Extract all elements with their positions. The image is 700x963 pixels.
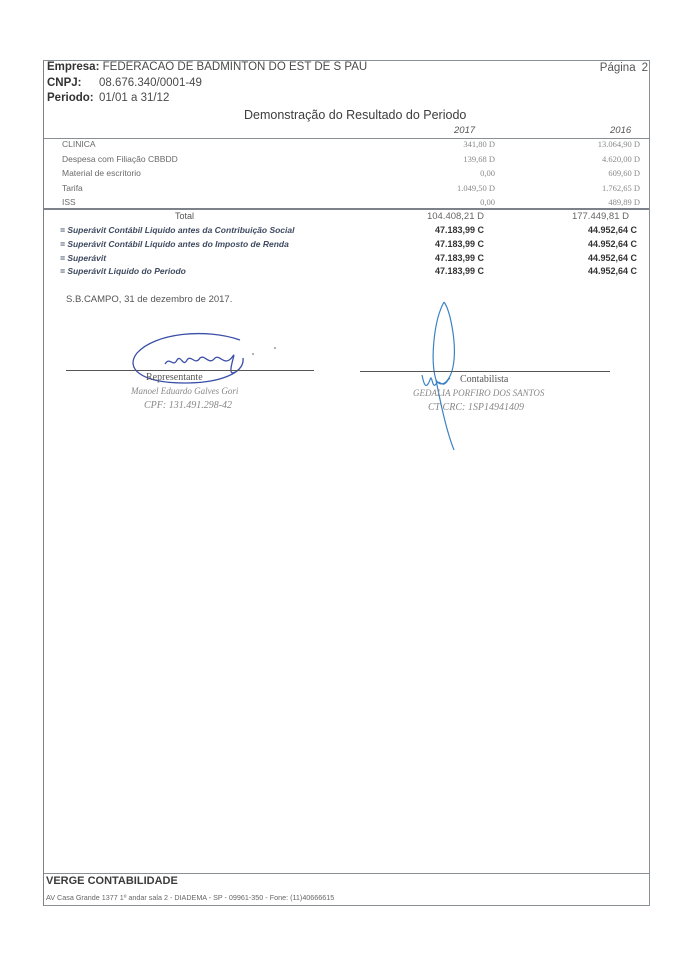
summary-value-2016: 44.952,64 C (588, 225, 637, 235)
summary-value-2016: 44.952,64 C (588, 266, 637, 276)
summary-value-2017: 47.183,99 C (435, 266, 484, 276)
total-2016: 177.449,81 D (572, 211, 629, 222)
table-row: CLINICA341,80 D13.064,90 D (62, 139, 648, 153)
place-date: S.B.CAMPO, 31 de dezembro de 2017. (66, 294, 232, 305)
empresa-label: Empresa: (47, 61, 99, 73)
header-empresa: Empresa: FEDERACAO DE BADMINTON DO EST D… (47, 61, 367, 73)
total-label: Total (175, 211, 194, 221)
empresa-value: FEDERACAO DE BADMINTON DO EST DE S PAU (103, 61, 368, 73)
row-value-2016: 13.064,90 D (598, 139, 640, 149)
summary-label: = Superávit Contábil Liquido antes do Im… (60, 239, 289, 249)
footer-divider (44, 873, 649, 874)
summary-value-2017: 47.183,99 C (435, 239, 484, 249)
report-title: Demonstração do Resultado do Periodo (244, 108, 466, 122)
cnpj-value: 08.676.340/0001-49 (99, 77, 202, 89)
summary-value-2016: 44.952,64 C (588, 253, 637, 263)
signature-left-doc: CPF: 131.491.298-42 (144, 400, 232, 411)
pagina-value: 2 (642, 62, 648, 74)
summary-label: = Superávit Liquido do Periodo (60, 266, 186, 276)
signature-right-doc: CT CRC: 1SP14941409 (428, 402, 524, 413)
row-label: ISS (62, 197, 76, 207)
page-number: Página2 (600, 62, 648, 74)
cnpj-label: CNPJ: (47, 77, 97, 89)
table-row: Material de escritorio0,00609,60 D (62, 168, 648, 182)
signature-right-role: Contabilista (460, 374, 508, 385)
row-value-2017: 139,68 D (463, 154, 495, 164)
row-value-2017: 1.049,50 D (457, 183, 495, 193)
table-row: Tarifa1.049,50 D1.762,65 D (62, 183, 648, 197)
row-value-2016: 609,60 D (608, 168, 640, 178)
divider (44, 208, 649, 210)
row-value-2017: 0,00 (480, 197, 495, 207)
row-value-2017: 341,80 D (463, 139, 495, 149)
footer-address: AV Casa Grande 1377 1º andar sala 2 - DI… (46, 893, 334, 902)
periodo-label: Periodo: (47, 92, 97, 104)
signature-right-name: GEDALIA PORFIRO DOS SANTOS (413, 388, 544, 398)
periodo-value: 01/01 a 31/12 (99, 92, 169, 104)
summary-label: = Superávit Contábil Liquido antes da Co… (60, 225, 295, 235)
footer-company: VERGE CONTABILIDADE (46, 875, 178, 887)
summary-value-2016: 44.952,64 C (588, 239, 637, 249)
signature-left-name: Manoel Eduardo Galves Gori (131, 386, 238, 396)
signature-line-left (66, 370, 314, 371)
column-header-2016: 2016 (610, 125, 631, 136)
header-periodo: Periodo: 01/01 a 31/12 (47, 92, 97, 104)
row-value-2016: 489,89 D (608, 197, 640, 207)
row-label: Tarifa (62, 183, 83, 193)
table-row: Despesa com Filiação CBBDD139,68 D4.620,… (62, 154, 648, 168)
pagina-label: Página (600, 62, 636, 74)
row-value-2017: 0,00 (480, 168, 495, 178)
column-header-2017: 2017 (454, 125, 475, 136)
row-value-2016: 1.762,65 D (602, 183, 640, 193)
signature-left-role: Representante (146, 372, 203, 383)
row-label: Despesa com Filiação CBBDD (62, 154, 178, 164)
row-label: CLINICA (62, 139, 96, 149)
summary-label: = Superávit (60, 253, 106, 263)
summary-value-2017: 47.183,99 C (435, 253, 484, 263)
summary-value-2017: 47.183,99 C (435, 225, 484, 235)
signature-line-right (360, 371, 610, 372)
total-2017: 104.408,21 D (427, 211, 484, 222)
row-value-2016: 4.620,00 D (602, 154, 640, 164)
row-label: Material de escritorio (62, 168, 141, 178)
header-cnpj: CNPJ: 08.676.340/0001-49 (47, 77, 97, 89)
